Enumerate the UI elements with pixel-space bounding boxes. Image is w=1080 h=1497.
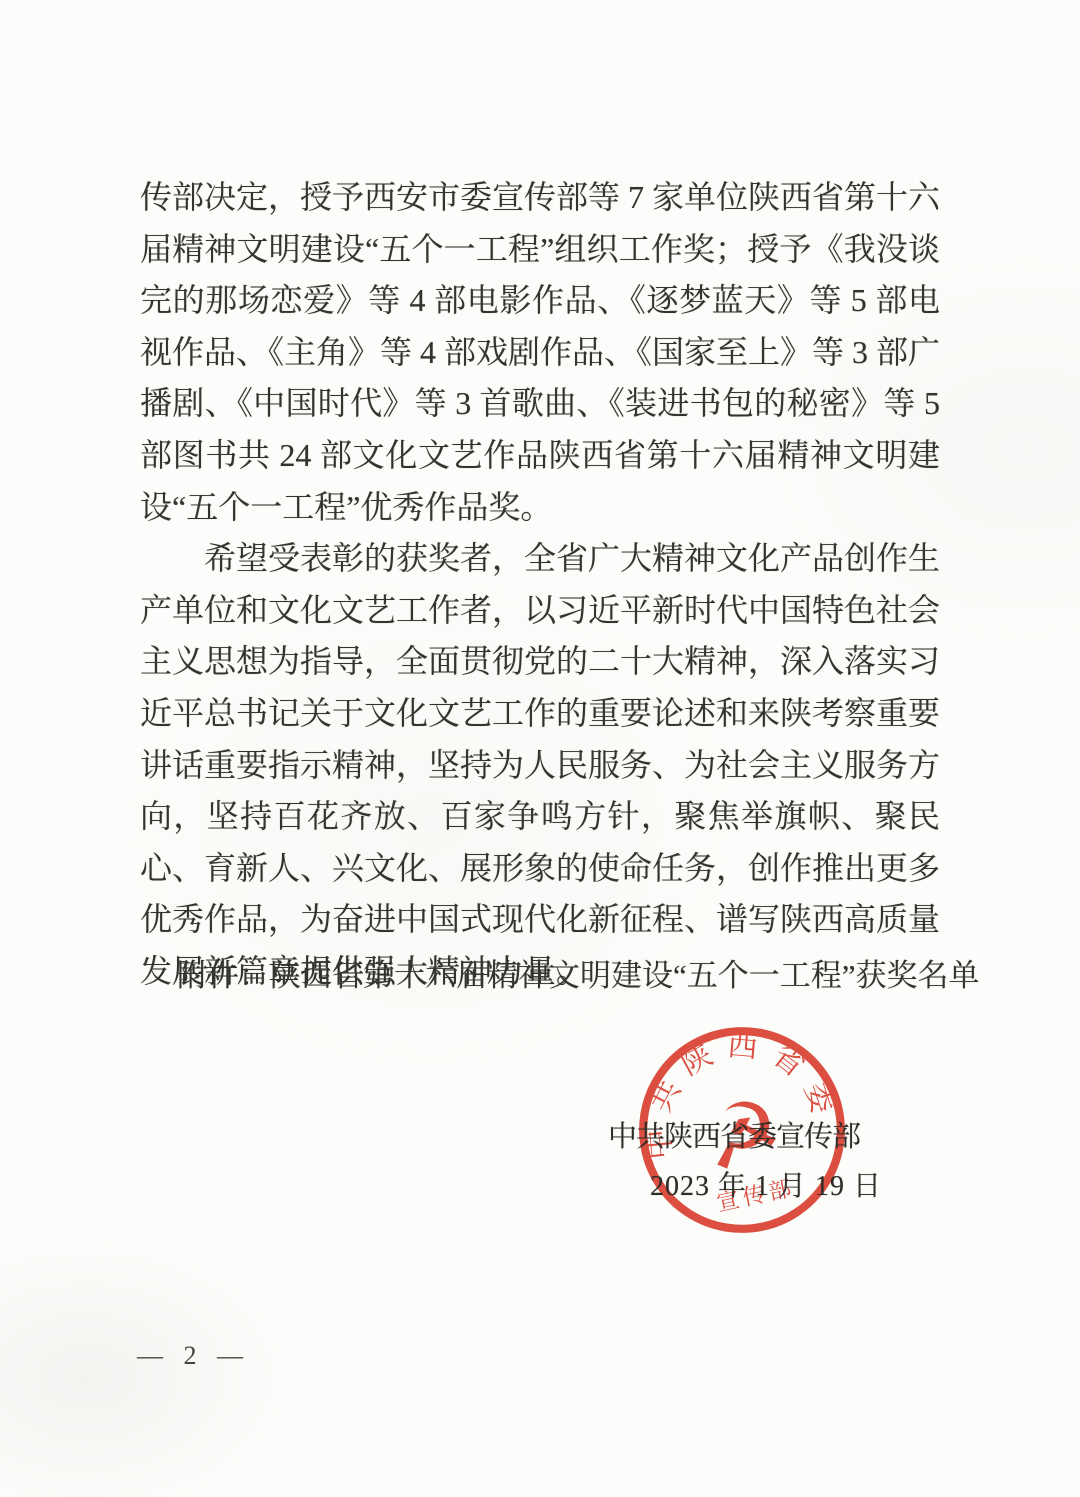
document-body: 传部决定，授予西安市委宣传部等 7 家单位陕西省第十六届精神文明建设“五个一工程… — [140, 172, 940, 998]
page-number: — 2 — — [137, 1341, 250, 1371]
signature-date: 2023 年 1 月 19 日 — [650, 1164, 882, 1204]
document-page: 传部决定，授予西安市委宣传部等 7 家单位陕西省第十六届精神文明建设“五个一工程… — [0, 0, 1080, 1497]
attachment-line: 附件：陕西省第十六届精神文明建设“五个一工程”获奖名单 — [140, 950, 980, 1002]
signature-organization: 中共陕西省委宣传部 — [608, 1114, 860, 1155]
body-paragraph-1: 传部决定，授予西安市委宣传部等 7 家单位陕西省第十六届精神文明建设“五个一工程… — [140, 172, 940, 533]
body-paragraph-2: 希望受表彰的获奖者，全省广大精神文化产品创作生产单位和文化文艺工作者，以习近平新… — [140, 533, 940, 997]
